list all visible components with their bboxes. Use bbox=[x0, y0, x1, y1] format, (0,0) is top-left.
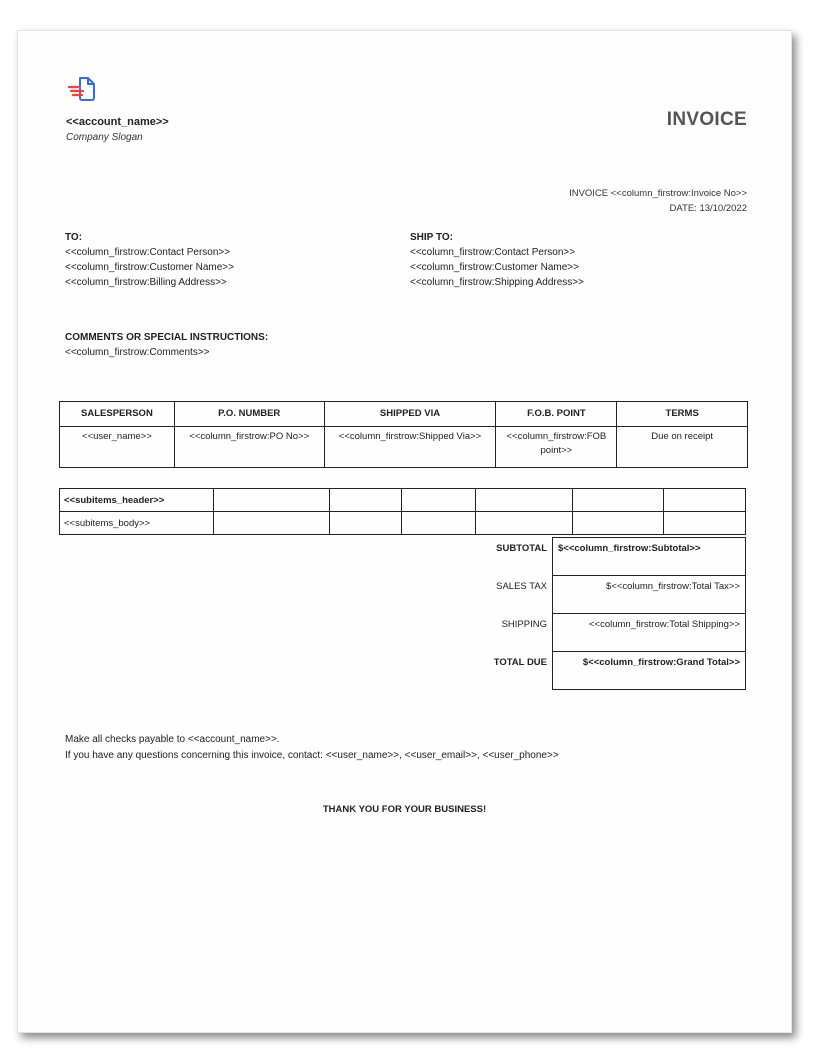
salesperson-value: <<user_name>> bbox=[60, 427, 175, 468]
shipping-value: <<column_firstrow:Total Shipping>> bbox=[553, 614, 746, 652]
bill-to-customer: <<column_firstrow:Customer Name>> bbox=[65, 260, 234, 275]
ship-to-customer: <<column_firstrow:Customer Name>> bbox=[410, 260, 584, 275]
table-cell bbox=[475, 489, 572, 512]
comments-block: COMMENTS OR SPECIAL INSTRUCTIONS: <<colu… bbox=[65, 330, 268, 360]
shipped-via-value: <<column_firstrow:Shipped Via>> bbox=[324, 427, 496, 468]
table-cell bbox=[402, 512, 475, 535]
table-cell bbox=[330, 512, 402, 535]
table-cell bbox=[402, 489, 475, 512]
shipping-label: SHIPPING bbox=[438, 614, 553, 652]
invoice-meta: INVOICE <<column_firstrow:Invoice No>> D… bbox=[569, 186, 747, 216]
bill-to-address: <<column_firstrow:Billing Address>> bbox=[65, 275, 234, 290]
table-cell bbox=[475, 512, 572, 535]
company-slogan: Company Slogan bbox=[66, 132, 143, 143]
order-info-header-row: SALESPERSON P.O. NUMBER SHIPPED VIA F.O.… bbox=[60, 402, 748, 427]
salesperson-header: SALESPERSON bbox=[60, 402, 175, 427]
footer-notes: Make all checks payable to <<account_nam… bbox=[65, 732, 559, 764]
bill-to-block: TO: <<column_firstrow:Contact Person>> <… bbox=[65, 230, 234, 290]
ship-to-block: SHIP TO: <<column_firstrow:Contact Perso… bbox=[410, 230, 584, 290]
table-cell bbox=[572, 489, 663, 512]
table-cell bbox=[663, 489, 745, 512]
fob-point-header: F.O.B. POINT bbox=[496, 402, 617, 427]
terms-value: Due on receipt bbox=[617, 427, 748, 468]
order-info-table: SALESPERSON P.O. NUMBER SHIPPED VIA F.O.… bbox=[59, 401, 748, 468]
shipping-row: SHIPPING <<column_firstrow:Total Shippin… bbox=[438, 614, 746, 652]
table-cell bbox=[330, 489, 402, 512]
subtotal-value: $<<column_firstrow:Subtotal>> bbox=[553, 538, 746, 576]
table-cell bbox=[572, 512, 663, 535]
invoice-date: DATE: 13/10/2022 bbox=[569, 201, 747, 216]
table-cell bbox=[663, 512, 745, 535]
account-name: <<account_name>> bbox=[66, 116, 169, 128]
contact-line: If you have any questions concerning thi… bbox=[65, 748, 559, 764]
terms-header: TERMS bbox=[617, 402, 748, 427]
total-due-value: $<<column_firstrow:Grand Total>> bbox=[553, 652, 746, 690]
shipped-via-header: SHIPPED VIA bbox=[324, 402, 496, 427]
fob-point-value: <<column_firstrow:FOB point>> bbox=[496, 427, 617, 468]
total-due-label: TOTAL DUE bbox=[438, 652, 553, 690]
ship-to-address: <<column_firstrow:Shipping Address>> bbox=[410, 275, 584, 290]
ship-to-contact: <<column_firstrow:Contact Person>> bbox=[410, 245, 584, 260]
totals-table: SUBTOTAL $<<column_firstrow:Subtotal>> S… bbox=[438, 537, 746, 690]
totals-section: SUBTOTAL $<<column_firstrow:Subtotal>> S… bbox=[438, 537, 746, 690]
line-items-header-row: <<subitems_header>> bbox=[60, 489, 746, 512]
comments-value: <<column_firstrow:Comments>> bbox=[65, 345, 268, 360]
thank-you-message: THANK YOU FOR YOUR BUSINESS! bbox=[18, 804, 791, 815]
line-items-body-row: <<subitems_body>> bbox=[60, 512, 746, 535]
subtotal-row: SUBTOTAL $<<column_firstrow:Subtotal>> bbox=[438, 538, 746, 576]
subitems-header-cell: <<subitems_header>> bbox=[60, 489, 214, 512]
document-icon bbox=[68, 76, 98, 101]
comments-heading: COMMENTS OR SPECIAL INSTRUCTIONS: bbox=[65, 330, 268, 345]
bill-to-contact: <<column_firstrow:Contact Person>> bbox=[65, 245, 234, 260]
sales-tax-label: SALES TAX bbox=[438, 576, 553, 614]
total-due-row: TOTAL DUE $<<column_firstrow:Grand Total… bbox=[438, 652, 746, 690]
subtotal-label: SUBTOTAL bbox=[438, 538, 553, 576]
po-number-header: P.O. NUMBER bbox=[174, 402, 324, 427]
subitems-body-cell: <<subitems_body>> bbox=[60, 512, 214, 535]
po-number-value: <<column_firstrow:PO No>> bbox=[174, 427, 324, 468]
order-info-value-row: <<user_name>> <<column_firstrow:PO No>> … bbox=[60, 427, 748, 468]
invoice-number: INVOICE <<column_firstrow:Invoice No>> bbox=[569, 186, 747, 201]
bill-to-heading: TO: bbox=[65, 230, 234, 245]
table-cell bbox=[214, 512, 330, 535]
sales-tax-row: SALES TAX $<<column_firstrow:Total Tax>> bbox=[438, 576, 746, 614]
ship-to-heading: SHIP TO: bbox=[410, 230, 584, 245]
checks-payable-line: Make all checks payable to <<account_nam… bbox=[65, 732, 559, 748]
invoice-title: INVOICE bbox=[667, 109, 747, 131]
line-items-table: <<subitems_header>> <<subitems_body>> bbox=[59, 488, 746, 535]
invoice-page: <<account_name>> Company Slogan INVOICE … bbox=[17, 30, 792, 1033]
sales-tax-value: $<<column_firstrow:Total Tax>> bbox=[553, 576, 746, 614]
table-cell bbox=[214, 489, 330, 512]
